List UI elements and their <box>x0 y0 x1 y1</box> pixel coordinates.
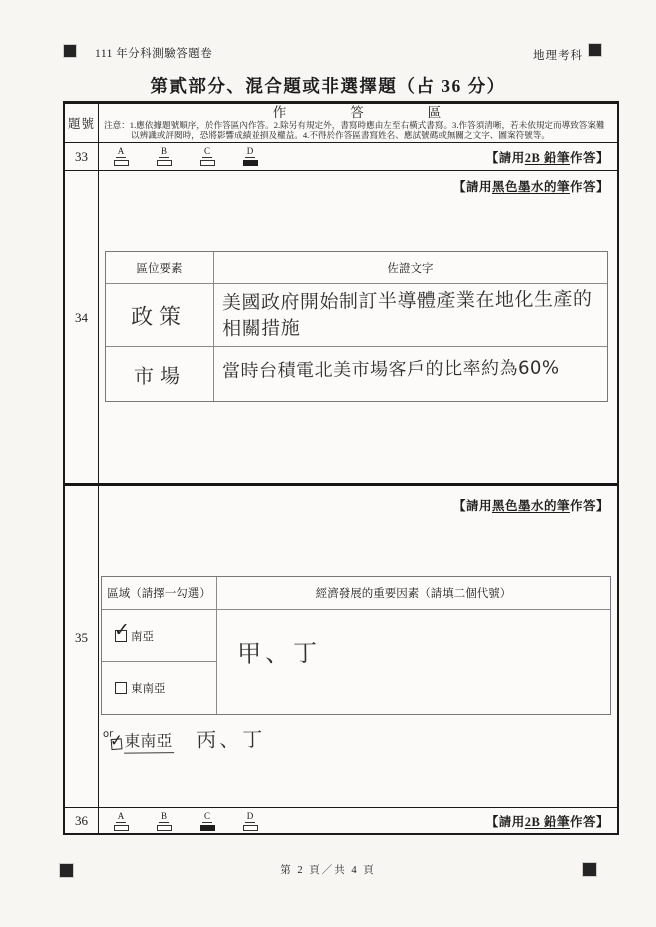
bubble-mark-box <box>243 825 258 831</box>
q35-option-southeast-asia: 東南亞 <box>102 662 216 714</box>
q35-region-table: 區域（請擇一勾選） 經濟發展的重要因素（請填二個代號） 南亞 東南亞 <box>101 576 611 715</box>
q36-bubble-option-d[interactable]: D <box>242 812 258 831</box>
q33-bubble-option-c[interactable]: C <box>199 147 215 166</box>
bubble-mark-box <box>200 825 215 831</box>
q35-option-south-asia: 南亞 <box>102 610 216 662</box>
pen-note-tool: 黑色墨水的筆 <box>492 180 570 194</box>
page-number: 第 2 頁／共 4 頁 <box>0 862 656 877</box>
answer-sheet-page: 111 年分科測驗答題卷 地理考科 第貳部分、混合題或非選擇題（占 36 分） … <box>0 0 656 927</box>
q36-bubble-option-b[interactable]: B <box>156 812 172 831</box>
checkbox-south-asia[interactable] <box>115 630 127 642</box>
q33-bubble-option-b[interactable]: B <box>156 147 172 166</box>
document-title: 111 年分科測驗答題卷 <box>95 45 212 61</box>
q35-table-header-row: 區域（請擇一勾選） 經濟發展的重要因素（請填二個代號） <box>102 577 610 610</box>
option-letter: D <box>245 147 256 158</box>
hand-drawn-checked-box <box>111 738 123 750</box>
option-label-south-asia: 南亞 <box>131 628 154 644</box>
q34-evidence-cell: 當時台積電北美市場客戶的比率約為60% <box>214 347 607 401</box>
bubble-mark-box <box>243 160 258 166</box>
q35-col-header-factors: 經濟發展的重要因素（請填二個代號） <box>217 577 610 609</box>
q33-bubble-option-a[interactable]: A <box>113 147 129 166</box>
answer-area-header-cell: 作 答 區 注意：1.應依據題號順序，於作答區內作答。2.除另有規定外，書寫時應… <box>99 104 617 142</box>
annotation-region-text: 東南亞 <box>124 728 174 754</box>
q33-answer-cell: A B C D <box>99 143 617 170</box>
question-row-36: 36 A B C <box>65 808 617 834</box>
pen-note-suffix: 作答】 <box>570 499 609 513</box>
answer-area-notes: 注意：1.應依據題號順序，於作答區內作答。2.除另有規定外，書寫時應由左至右橫式… <box>99 120 617 140</box>
pen-note-suffix: 作答】 <box>570 815 609 829</box>
option-letter: A <box>116 812 127 823</box>
q35-col-header-region: 區域（請擇一勾選） <box>102 577 217 609</box>
q36-bubble-option-c[interactable]: C <box>199 812 215 831</box>
option-label-southeast-asia: 東南亞 <box>131 680 166 696</box>
bubble-mark-box <box>157 160 172 166</box>
question-number-column-header: 題號 <box>65 104 99 142</box>
handwritten-factor-policy: 政策 <box>131 299 187 331</box>
pen-note-tool: 黑色墨水的筆 <box>492 499 570 513</box>
pen-note-suffix: 作答】 <box>570 180 609 194</box>
pen-note-prefix: 【請用 <box>486 815 525 829</box>
q33-bubble-option-d[interactable]: D <box>242 147 258 166</box>
grid-header-row: 題號 作 答 區 注意：1.應依據題號順序，於作答區內作答。2.除另有規定外，書… <box>65 104 617 143</box>
q35-table-body: 南亞 東南亞 甲、丁 <box>102 610 610 714</box>
option-letter: B <box>159 812 169 823</box>
section-title: 第貳部分、混合題或非選擇題（占 36 分） <box>0 73 656 98</box>
question-row-35: 35 【請用黑色墨水的筆作答】 區域（請擇一勾選） 經濟發展的重要因素（請填二個… <box>65 486 617 808</box>
q34-location-factor-table: 區位要素 佐證文字 政策 美國政府開始制訂半導體產業在地化生產的相關措施 <box>105 251 608 402</box>
q36-pen-instruction: 【請用2B 鉛筆作答】 <box>486 812 609 830</box>
annotation-codes-text: 丙、丁 <box>196 723 265 753</box>
q35-region-options-column: 南亞 東南亞 <box>102 610 217 714</box>
option-letter: C <box>202 147 212 158</box>
question-number-36: 36 <box>65 808 99 834</box>
q35-codes-cell: 甲、丁 <box>217 610 610 714</box>
q34-col-header-evidence: 佐證文字 <box>214 252 607 283</box>
q34-evidence-cell: 美國政府開始制訂半導體產業在地化生產的相關措施 <box>214 284 607 346</box>
option-letter: D <box>245 812 256 823</box>
q34-table-row-market: 市場 當時台積電北美市場客戶的比率約為60% <box>106 347 607 401</box>
pen-note-tool: 2B 鉛筆 <box>525 151 570 165</box>
question-row-34: 34 【請用黑色墨水的筆作答】 區位要素 佐證文字 政策 美國政府開始制訂半導體… <box>65 171 617 486</box>
pen-note-suffix: 作答】 <box>570 151 609 165</box>
registration-mark-top-left <box>64 45 76 57</box>
q35-answer-cell: 【請用黑色墨水的筆作答】 區域（請擇一勾選） 經濟發展的重要因素（請填二個代號）… <box>99 486 617 807</box>
bubble-mark-box <box>114 160 129 166</box>
q33-pen-instruction: 【請用2B 鉛筆作答】 <box>486 148 609 166</box>
registration-mark-top-right <box>589 44 601 56</box>
q34-pen-instruction: 【請用黑色墨水的筆作答】 <box>453 177 609 195</box>
bubble-mark-box <box>200 160 215 166</box>
answer-grid: 題號 作 答 區 注意：1.應依據題號順序，於作答區內作答。2.除另有規定外，書… <box>63 101 619 835</box>
q34-factor-cell: 政策 <box>106 284 214 346</box>
q34-table-row-policy: 政策 美國政府開始制訂半導體產業在地化生產的相關措施 <box>106 284 607 347</box>
q34-factor-cell: 市場 <box>106 347 214 401</box>
handwritten-evidence-market: 當時台積電北美市場客戶的比率約為60% <box>214 345 607 385</box>
pen-note-prefix: 【請用 <box>453 180 492 194</box>
q35-pen-instruction: 【請用黑色墨水的筆作答】 <box>453 496 609 514</box>
question-row-33: 33 A B C <box>65 143 617 171</box>
checkbox-southeast-asia[interactable] <box>115 682 127 694</box>
pen-note-prefix: 【請用 <box>453 499 492 513</box>
q35-handwritten-annotation: or 東南亞 丙、丁 <box>103 723 266 754</box>
option-letter: A <box>116 147 127 158</box>
handwritten-codes-answer: 甲、丁 <box>217 608 611 669</box>
q36-bubble-option-a[interactable]: A <box>113 812 129 831</box>
q36-answer-bubbles: A B C D <box>113 812 285 831</box>
question-number-34: 34 <box>65 153 99 483</box>
subject-label: 地理考科 <box>533 47 583 63</box>
bubble-mark-box <box>114 825 129 831</box>
q33-answer-bubbles: A B C D <box>113 147 285 166</box>
option-letter: C <box>202 812 212 823</box>
pen-note-tool: 2B 鉛筆 <box>525 815 570 829</box>
q34-col-header-factor: 區位要素 <box>106 252 214 283</box>
bubble-mark-box <box>157 825 172 831</box>
option-letter: B <box>159 147 169 158</box>
handwritten-evidence-policy: 美國政府開始制訂半導體產業在地化生產的相關措施 <box>214 282 608 342</box>
q34-answer-cell: 【請用黑色墨水的筆作答】 區位要素 佐證文字 政策 美國政府開始制訂半導體產業在… <box>99 171 617 483</box>
answer-area-title: 作 答 區 <box>99 105 617 120</box>
q36-answer-cell: A B C D <box>99 808 617 834</box>
handwritten-factor-market: 市場 <box>133 359 185 389</box>
pen-note-prefix: 【請用 <box>486 151 525 165</box>
question-number-35: 35 <box>65 468 99 807</box>
q34-table-header-row: 區位要素 佐證文字 <box>106 252 607 284</box>
